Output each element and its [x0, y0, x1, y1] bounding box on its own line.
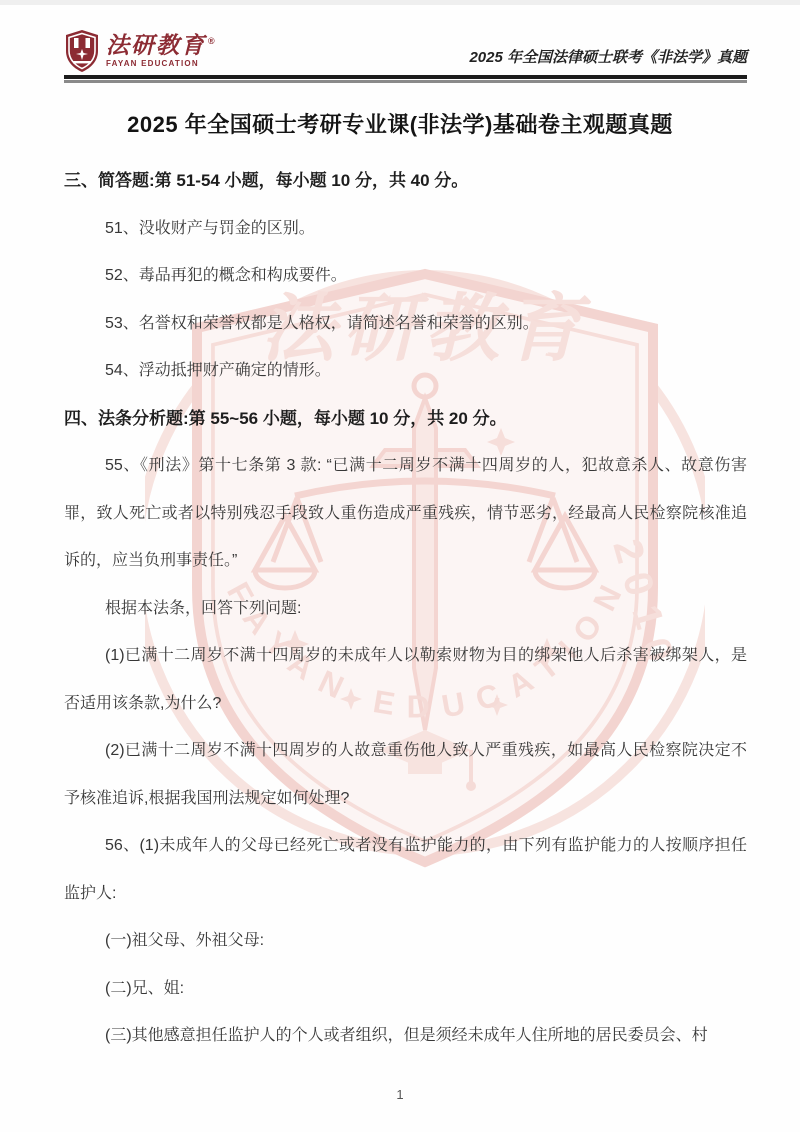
page-footer: 1	[0, 1086, 800, 1104]
section-heading: 三、简答题:第 51-54 小题，每小题 10 分，共 40 分。	[64, 157, 747, 205]
brand-text: 法研教育® FAYAN EDUCATION	[106, 34, 217, 68]
question-paragraph: (三)其他感意担任监护人的个人或者组织，但是须经未成年人住所地的居民委员会、村	[64, 1012, 747, 1060]
header-divider	[64, 75, 747, 83]
section-heading: 四、法条分析题:第 55~56 小题，每小题 10 分，共 20 分。	[64, 395, 747, 443]
question-paragraph: (二)兄、姐:	[64, 965, 747, 1013]
question-paragraph: (一)祖父母、外祖父母:	[64, 917, 747, 965]
page-number: 1	[396, 1087, 403, 1102]
document-body: 三、简答题:第 51-54 小题，每小题 10 分，共 40 分。51、没收财产…	[0, 157, 800, 1060]
brand-name-cn: 法研教育®	[106, 34, 217, 57]
brand-logo: 法研教育® FAYAN EDUCATION	[64, 29, 217, 73]
registered-trademark: ®	[208, 36, 217, 46]
question-paragraph: 52、毒品再犯的概念和构成要件。	[64, 252, 747, 300]
question-paragraph: (1)已满十二周岁不满十四周岁的未成年人以勒索财物为目的绑架他人后杀害被绑架人，…	[64, 632, 747, 727]
question-paragraph: 56、(1)未成年人的父母已经死亡或者没有监护能力的，由下列有监护能力的人按顺序…	[64, 822, 747, 917]
question-paragraph: (2)已满十二周岁不满十四周岁的人故意重伤他人致人严重残疾，如最高人民检察院决定…	[64, 727, 747, 822]
document-title: 2025 年全国硕士考研专业课(非法学)基础卷主观题真题	[0, 108, 800, 139]
brand-name-en: FAYAN EDUCATION	[106, 60, 217, 68]
question-paragraph: 54、浮动抵押财产确定的情形。	[64, 347, 747, 395]
page-header: 法研教育® FAYAN EDUCATION 2025 年全国法律硕士联考《非法学…	[0, 5, 800, 73]
header-exam-label: 2025 年全国法律硕士联考《非法学》真题	[469, 46, 747, 73]
exam-page: 法研教育 2010 FAYAN EDUCATION	[0, 0, 800, 1132]
question-paragraph: 51、没收财产与罚金的区别。	[64, 205, 747, 253]
question-paragraph: 根据本法条，回答下列问题:	[64, 585, 747, 633]
question-paragraph: 55、《刑法》第十七条第 3 款: “已满十二周岁不满十四周岁的人，犯故意杀人、…	[64, 442, 747, 585]
brand-shield-icon	[64, 29, 100, 73]
question-paragraph: 53、名誉权和荣誉权都是人格权，请简述名誉和荣誉的区别。	[64, 300, 747, 348]
